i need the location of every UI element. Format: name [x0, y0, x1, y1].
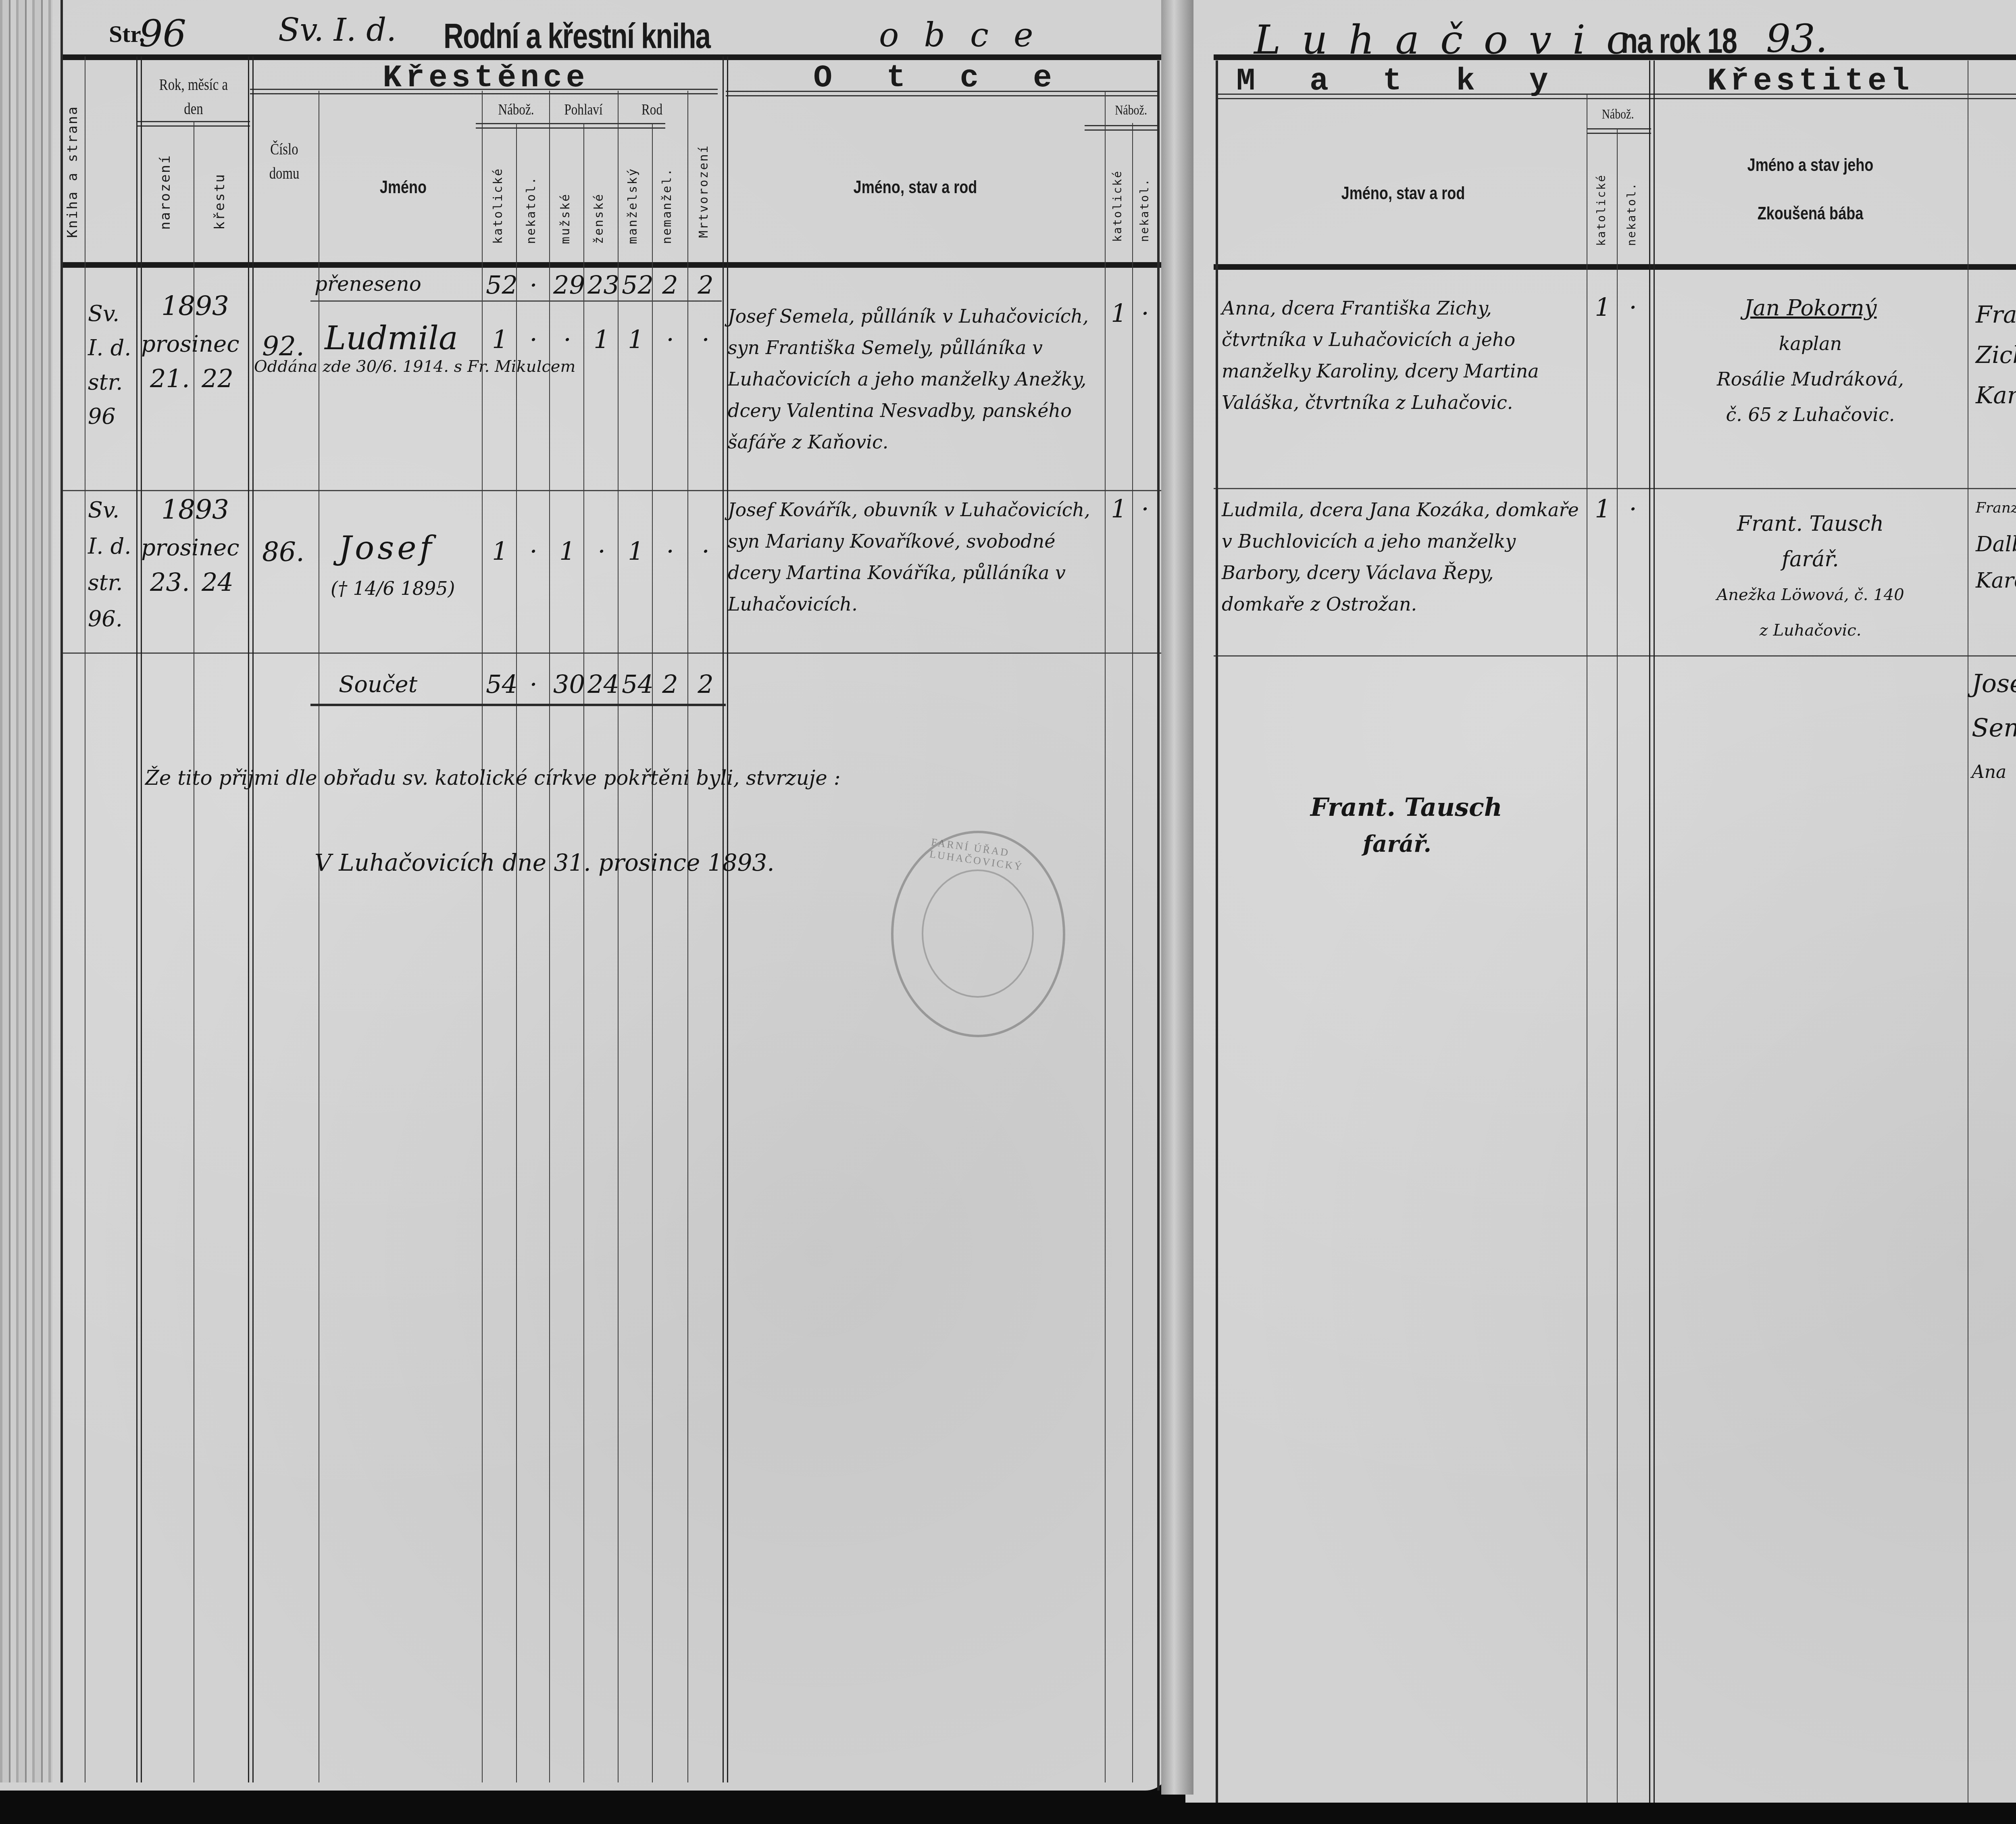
entry-2-father: Josef Kovářík, obuvník v Luhačovicích, s… — [728, 494, 1099, 620]
col-border — [482, 91, 483, 1782]
col-border — [652, 123, 653, 1782]
col-matky-katolicke: katolické — [1595, 174, 1608, 246]
certification-statement: Že tito přijmi dle obřadu sv. katolické … — [145, 766, 841, 790]
signature-name: Frant. Tausch — [1310, 792, 1502, 822]
entry-2-nekatol: · — [519, 536, 548, 566]
entries-bottom-left — [60, 652, 1161, 654]
entry-2-child-name: Josef — [339, 532, 435, 564]
section-krestence: Křestěnce — [250, 60, 722, 96]
matky-naboz-underline — [1587, 128, 1651, 134]
totals-mrtvorozeni: 2 — [691, 669, 720, 699]
entry-1-katolicke: 1 — [486, 325, 514, 354]
carried-manzelsky: 52 — [622, 270, 650, 300]
entry-1-baptizer: Jan Pokorný kaplan Rosálie Mudráková, č.… — [1657, 290, 1964, 432]
book-gutter — [1161, 0, 1193, 1795]
col-matky-jmeno: Jméno, stav a rod — [1254, 183, 1552, 204]
col-border — [1649, 60, 1655, 1803]
col-rok-mesic-den: Rok, měsíc a den — [150, 73, 236, 121]
col-muzske: mužské — [558, 193, 573, 244]
totals-katolicke: 54 — [486, 669, 514, 699]
entry-1-kniha: Sv. I. d. str. 96 — [88, 296, 131, 434]
subgroup-underline — [476, 123, 665, 129]
col-kniha-a-strana: Kniha a strana — [65, 105, 81, 238]
obce-label: o b c e — [879, 16, 1041, 54]
col-border — [1216, 60, 1218, 1803]
entry-2-godparent-name: Franz Dalberstein Karolina — [1976, 490, 2016, 599]
table-top-rule-left — [60, 54, 1161, 60]
col-border — [136, 56, 142, 1782]
entry-1-mrtvorozeni: · — [691, 325, 720, 354]
entry-2-father-nekatol: · — [1131, 494, 1159, 523]
totals-underline — [310, 704, 726, 706]
entry-1-nekatol: · — [519, 325, 548, 354]
entry-1-father-nekatol: · — [1131, 298, 1159, 328]
col-matky-naboz: Nábož. — [1592, 107, 1643, 122]
entry-1-child-name: Ludmila — [325, 323, 458, 354]
entry-2-day-baptism: 24 — [202, 567, 233, 598]
page-number: 96 — [139, 12, 186, 55]
totals-manzelsky: 54 — [622, 669, 650, 699]
col-matky-nekatol: nekatol. — [1625, 182, 1638, 246]
entry-1-mother-katolicke: 1 — [1589, 292, 1617, 322]
col-otce-nekatol: nekatol. — [1138, 178, 1151, 242]
row-divider-left — [60, 490, 1161, 491]
entry-1-day-baptism: 22 — [202, 363, 233, 394]
col-nekatol: nekatol. — [524, 176, 538, 244]
carried-muzske: 29 — [553, 270, 581, 300]
entry-2-month: prosinec — [141, 532, 240, 564]
col-katolicke: katolické — [491, 167, 505, 244]
entry-2-mrtvorozeni: · — [691, 536, 720, 566]
book-edge-left — [0, 0, 52, 1782]
carried-nekatol: · — [519, 270, 548, 300]
section-otce: O t c e — [726, 60, 1157, 96]
stamp-inner-ring — [922, 869, 1034, 998]
col-border — [248, 56, 254, 1782]
carried-over-underline — [310, 300, 722, 302]
col-narozeni: narození — [157, 154, 173, 230]
col-border — [194, 121, 194, 1782]
col-otce-naboz: Nábož. — [1110, 103, 1153, 118]
entry-2-year: 1893 — [161, 494, 229, 525]
right-page — [1185, 0, 2016, 1803]
col-otce-katolicke: katolické — [1111, 170, 1124, 242]
entry-2-katolicke: 1 — [486, 536, 514, 566]
entry-1-father: Josef Semela, půlláník v Luhačovicích, s… — [728, 300, 1099, 458]
entry-2-death-note: († 14/6 1895) — [331, 573, 455, 604]
entry-1-marriage-note: Oddána zde 30/6. 1914. s Fr. Mikulcem — [254, 351, 575, 382]
certification-place-date: V Luhačovicích dne 31. prosince 1893. — [314, 849, 775, 876]
entry-2-manzelsky: 1 — [622, 536, 650, 566]
carried-zenske: 23 — [587, 270, 616, 300]
header-bottom-rule-left — [60, 262, 1161, 268]
col-otce-jmeno: Jméno, stav a rod — [760, 177, 1071, 198]
row-divider-right — [1214, 488, 2016, 489]
totals-muzske: 30 — [553, 669, 581, 699]
entry-1-year: 1893 — [161, 290, 229, 322]
totals-nemanzel: 2 — [656, 669, 684, 699]
entry-1-father-katolicke: 1 — [1105, 298, 1133, 328]
book-reference: Sv. I. d. — [278, 12, 396, 48]
entry-2-baptizer: Frant. Tausch farář. Anežka Löwová, č. 1… — [1657, 506, 1964, 648]
col-border — [1968, 60, 1968, 1803]
entry-2-father-katolicke: 1 — [1105, 494, 1133, 523]
col-nemanzel: nemanžel. — [660, 167, 674, 244]
col-manzelsky: manželský — [626, 167, 640, 244]
col-border — [60, 0, 63, 1782]
section-kmotruv: Kmotrův — [1972, 64, 2016, 99]
late-godparent-name: Josef Semela Ana — [1972, 661, 2016, 794]
entry-1-mother: Anna, dcera Františka Zichy, čtvrtníka v… — [1222, 292, 1581, 418]
col-border — [687, 91, 688, 1782]
entry-2-zenske: · — [587, 536, 616, 566]
col-zkousena-baba: Zkoušená bába — [1681, 204, 1939, 224]
col-zenske: ženské — [592, 193, 606, 244]
col-border — [583, 123, 584, 1782]
col-border — [1587, 95, 1587, 1803]
entry-1-month: prosinec — [141, 329, 240, 360]
signature-title: farář. — [1363, 831, 1431, 857]
col-border — [1105, 91, 1106, 1782]
col-krestu: křestu — [212, 173, 228, 230]
entries-bottom-right — [1214, 655, 2016, 657]
col-border — [319, 91, 319, 1782]
carried-over-label: přeneseno — [314, 272, 421, 296]
col-naboz: Nábož. — [488, 101, 544, 119]
col-krestitel-jmeno-stav: Jméno a stav jeho — [1681, 155, 1939, 175]
col-border — [723, 56, 728, 1782]
carried-katolicke: 52 — [486, 270, 514, 300]
entry-1-zenske: 1 — [587, 325, 616, 354]
entry-2-nemanzel: · — [656, 536, 684, 566]
col-border — [549, 91, 550, 1782]
entry-1-day-birth: 21. — [150, 363, 190, 394]
carried-mrtvorozeni: 2 — [691, 270, 720, 300]
col-border — [1617, 129, 1618, 1803]
entry-1-mother-nekatol: · — [1619, 292, 1647, 322]
entry-2-mother-katolicke: 1 — [1589, 494, 1617, 523]
entry-1-godparent-name: František Zicha Karolina — [1976, 294, 2016, 415]
register-title: Rodní a křestní kniha — [444, 15, 710, 56]
col-border — [1132, 123, 1133, 1782]
entry-1-muzske: · — [553, 325, 581, 354]
parish-stamp: FARNÍ ÚŘAD LUHAČOVICKÝ — [891, 831, 1065, 1037]
col-border — [85, 56, 85, 1782]
col-cislo-domu: Číslo domu — [263, 137, 306, 186]
otce-naboz-underline — [1085, 125, 1157, 131]
entry-2-day-birth: 23. — [150, 567, 190, 598]
entry-2-house: 86. — [262, 536, 304, 568]
section-krestitel: Křestitel — [1653, 64, 1968, 99]
entry-1-manzelsky: 1 — [622, 325, 650, 354]
totals-label: Součet — [339, 671, 417, 698]
section-matky: M a t k y — [1218, 64, 1585, 99]
entry-1-nemanzel: · — [656, 325, 684, 354]
col-rod: Rod — [624, 101, 680, 119]
entry-2-muzske: 1 — [553, 536, 581, 566]
col-kmotr-jmeno: Jméno — [1985, 177, 2016, 198]
entry-2-mother-nekatol: · — [1619, 494, 1647, 523]
col-pohlavi: Pohlaví — [555, 101, 611, 119]
header-bottom-rule-right — [1214, 264, 2016, 270]
col-border — [618, 91, 619, 1782]
totals-nekatol: · — [519, 669, 548, 699]
table-top-rule-right — [1214, 54, 2016, 60]
totals-zenske: 24 — [587, 669, 616, 699]
entry-2-mother: Ludmila, dcera Jana Kozáka, domkaře v Bu… — [1222, 494, 1581, 620]
col-jmeno: Jméno — [344, 177, 462, 198]
entry-2-kniha: Sv. I. d. str. 96. — [88, 492, 131, 637]
col-mrtvorozeni: Mrtvorození — [697, 144, 711, 238]
carried-nemanzel: 2 — [656, 270, 684, 300]
